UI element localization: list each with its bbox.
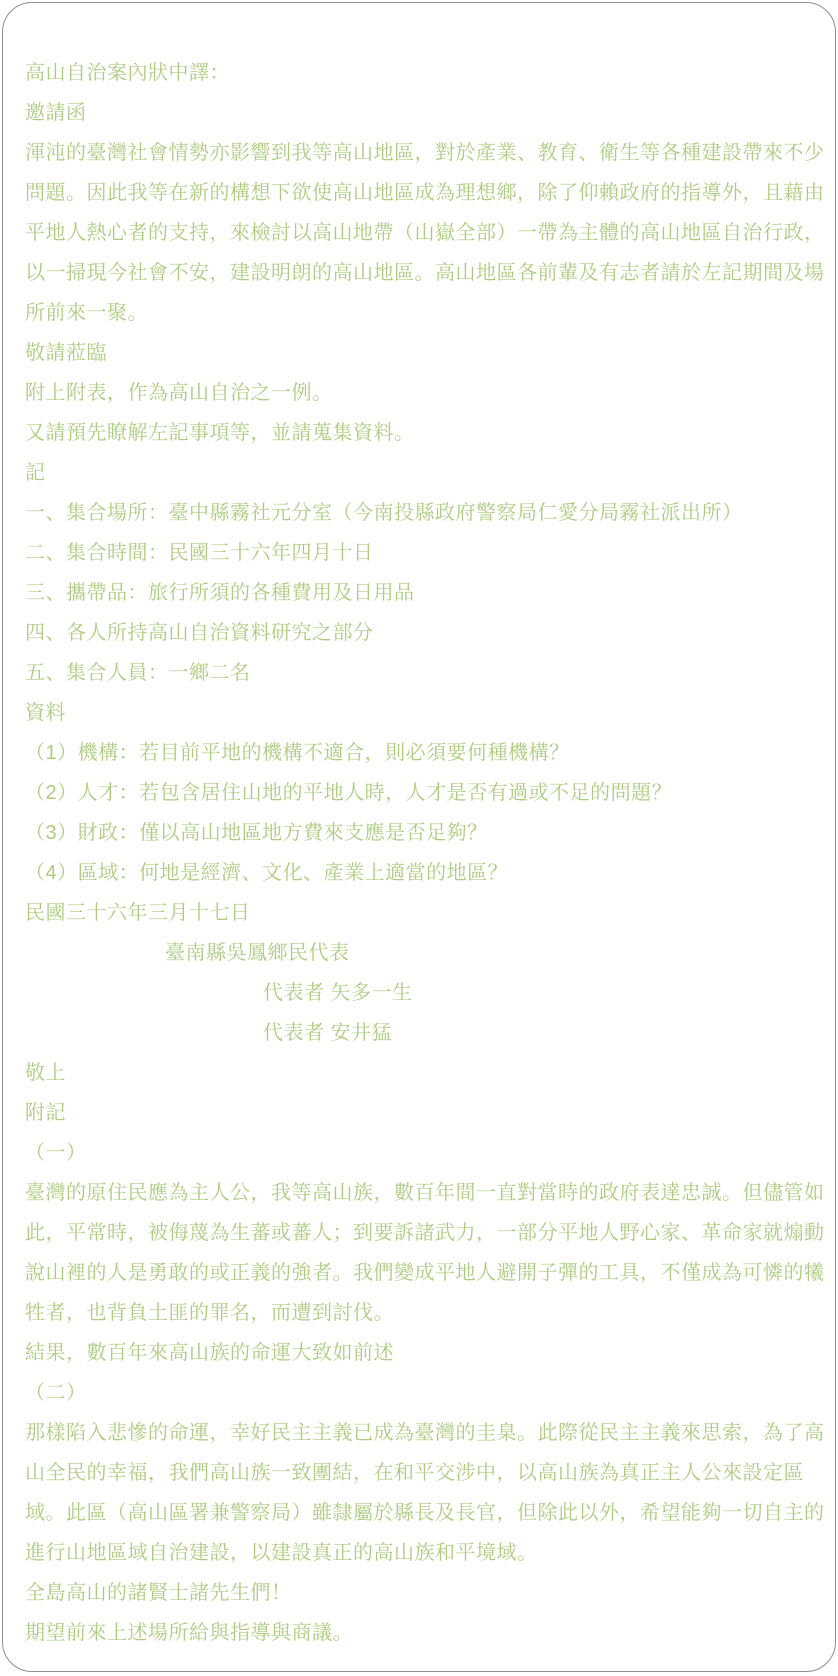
text-line: 進行山地區域自治建設，以建設真正的高山族和平境域。 <box>25 1533 819 1573</box>
list-item-meeting-time: 二、集合時間：民國三十六年四月十日 <box>25 533 819 573</box>
signature-representative-2: 代表者 安井猛 <box>25 1013 819 1053</box>
text-line: 全島高山的諸賢士諸先生們！ <box>25 1573 819 1613</box>
appendix-section-2-heading: （二） <box>25 1373 819 1413</box>
text-line: 以一掃現今社會不安，建設明朗的高山地區。高山地區各前輩及有志者請於左記期間及場 <box>25 253 819 293</box>
text-line: 敬請蒞臨 <box>25 333 819 373</box>
text-line: 附上附表，作為高山自治之一例。 <box>25 373 819 413</box>
list-item-belongings: 三、攜帶品：旅行所須的各種費用及日用品 <box>25 573 819 613</box>
list-item-meeting-place: 一、集合場所：臺中縣霧社元分室（今南投縣政府警察局仁愛分局霧社派出所） <box>25 493 819 533</box>
appendix-section-1-heading: （一） <box>25 1133 819 1173</box>
document-title: 高山自治案內狀中譯： <box>25 53 819 93</box>
text-line: 結果，數百年來高山族的命運大致如前述 <box>25 1333 819 1373</box>
signature-group: 臺南縣吳鳳鄉民代表 <box>25 933 819 973</box>
text-line: 邀請函 <box>25 93 819 133</box>
list-item-region: （4）區域：何地是經濟、文化、產業上適當的地區？ <box>25 853 819 893</box>
text-line: 說山裡的人是勇敢的或正義的強者。我們變成平地人避開子彈的工具，不僅成為可憐的犧 <box>25 1253 819 1293</box>
text-line: 此，平常時，被侮蔑為生蕃或蕃人；到要訴諸武力，一部分平地人野心家、革命家就煽動 <box>25 1213 819 1253</box>
text-line: 牲者，也背負土匪的罪名，而遭到討伐。 <box>25 1293 819 1333</box>
text-line: 臺灣的原住民應為主人公，我等高山族，數百年間一直對當時的政府表達忠誠。但儘管如 <box>25 1173 819 1213</box>
text-line: 問題。因此我等在新的構想下欲使高山地區成為理想鄉，除了仰賴政府的指導外，且藉由 <box>25 173 819 213</box>
text-line: 又請預先瞭解左記事項等，並請蒐集資料。 <box>25 413 819 453</box>
text-line: 域。此區（高山區署兼警察局）雖隸屬於縣長及長官，但除此以外，希望能夠一切自主的 <box>25 1493 819 1533</box>
text-line: 記 <box>25 453 819 493</box>
list-item-materials: 四、各人所持高山自治資料研究之部分 <box>25 613 819 653</box>
closing-salutation: 敬上 <box>25 1053 819 1093</box>
text-line: 渾沌的臺灣社會情勢亦影響到我等高山地區，對於產業、教育、衛生等各種建設帶來不少 <box>25 133 819 173</box>
text-line: 山全民的幸福，我們高山族一致團結，在和平交涉中，以高山族為真正主人公來設定區 <box>25 1453 819 1493</box>
text-line: 期望前來上述場所給與指導與商議。 <box>25 1613 819 1653</box>
section-heading-materials: 資料 <box>25 693 819 733</box>
text-line: 所前來一聚。 <box>25 293 819 333</box>
list-item-finance: （3）財政：僅以高山地區地方費來支應是否足夠？ <box>25 813 819 853</box>
appendix-heading: 附記 <box>25 1093 819 1133</box>
date-line: 民國三十六年三月十七日 <box>25 893 819 933</box>
text-line: 平地人熱心者的支持，來檢討以高山地帶（山嶽全部）一帶為主體的高山地區自治行政， <box>25 213 819 253</box>
signature-representative-1: 代表者 矢多一生 <box>25 973 819 1013</box>
list-item-organization: （1）機構：若目前平地的機構不適合，則必須要何種機構？ <box>25 733 819 773</box>
text-line: 那樣陷入悲慘的命運，幸好民主主義已成為臺灣的圭臬。此際從民主主義來思索，為了高 <box>25 1413 819 1453</box>
list-item-attendees: 五、集合人員：一鄉二名 <box>25 653 819 693</box>
document-card: 高山自治案內狀中譯： 邀請函 渾沌的臺灣社會情勢亦影響到我等高山地區，對於產業、… <box>2 2 836 1672</box>
list-item-talent: （2）人才：若包含居住山地的平地人時，人才是否有過或不足的問題？ <box>25 773 819 813</box>
